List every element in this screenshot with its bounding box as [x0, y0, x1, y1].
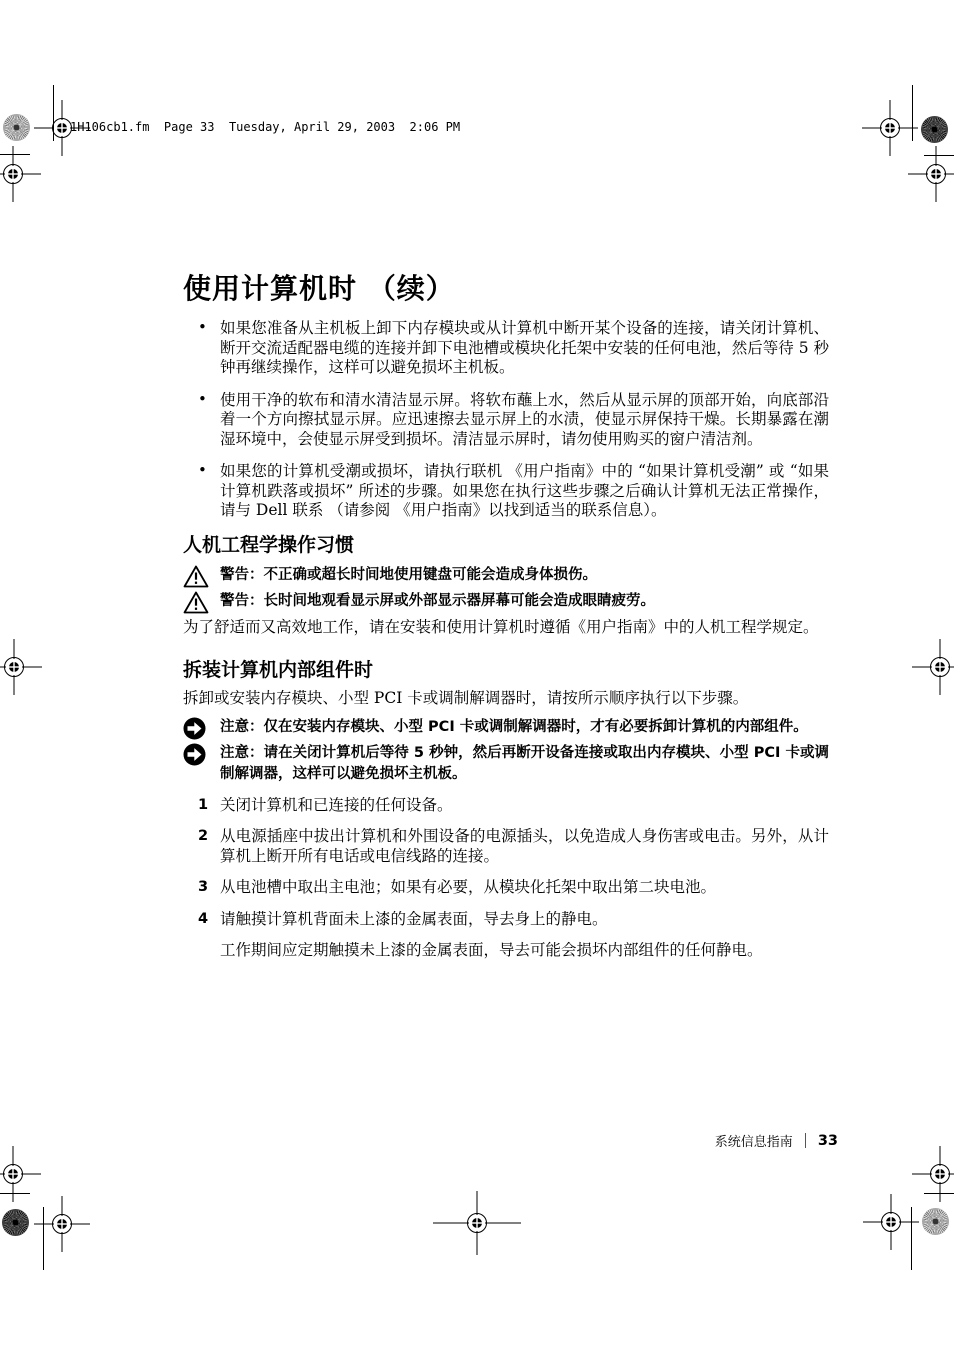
step-row: 2 从电源插座中拔出计算机和外围设备的电源插头，以免造成人身伤害或电击。另外，从… [183, 827, 829, 866]
pinwheel-target-icon [2, 1209, 29, 1236]
warning-text: 不正确或超长时间地使用键盘可能会造成身体损伤。 [264, 567, 598, 583]
bullet-text: 使用干净的软布和清水清洁显示屏。将软布蘸上水，然后从显示屏的顶部开始，向底部沿着… [220, 391, 829, 448]
registration-crosshair-icon [912, 639, 954, 695]
document-page: 1H106cb1.fm Page 33 Tuesday, April 29, 2… [0, 0, 954, 1351]
step-row: 4 请触摸计算机背面未上漆的金属表面，导去身上的静电。 [183, 910, 829, 930]
notice-text: 请在关闭计算机后等待 5 秒钟，然后再断开设备连接或取出内存模块、小型 PCI … [220, 745, 829, 782]
footer-doc-title: 系统信息指南 [715, 1131, 793, 1150]
warning-triangle-icon [183, 591, 209, 621]
notice-row: 注意：请在关闭计算机后等待 5 秒钟，然后再断开设备连接或取出内存模块、小型 P… [183, 743, 829, 785]
bullet-item: • 如果您的计算机受潮或损坏，请执行联机 《用户指南》中的 “如果计算机受潮” … [183, 462, 829, 521]
notice-row: 注意：仅在安装内存模块、小型 PCI 卡或调制解调器时，才有必要拆卸计算机的内部… [183, 717, 829, 738]
page-footer: 系统信息指南 33 [715, 1131, 838, 1150]
pinwheel-target-icon [922, 1208, 949, 1235]
file-header-line: 1H106cb1.fm Page 33 Tuesday, April 29, 2… [70, 120, 460, 134]
step-text: 关闭计算机和已连接的任何设备。 [220, 796, 453, 814]
warning-label: 警告： [220, 567, 264, 583]
section-heading-ergonomics: 人机工程学操作习惯 [183, 534, 829, 556]
bullet-item: • 如果您准备从主机板上卸下内存模块或从计算机中断开某个设备的连接，请关闭计算机… [183, 319, 829, 378]
registration-crosshair-icon [908, 146, 954, 202]
bullet-marker: • [198, 461, 207, 481]
registration-crosshair-icon [0, 639, 42, 695]
registration-crosshair-icon [0, 146, 41, 202]
step-number: 3 [198, 878, 208, 898]
warning-row: 警告：不正确或超长时间地使用键盘可能会造成身体损伤。 [183, 565, 829, 586]
registration-crosshair-icon [433, 1191, 521, 1255]
registration-crosshair-icon [34, 1196, 90, 1252]
bullet-text: 如果您准备从主机板上卸下内存模块或从计算机中断开某个设备的连接，请关闭计算机、断… [220, 319, 829, 376]
notice-arrow-circle-icon [183, 743, 206, 773]
bullet-list: • 如果您准备从主机板上卸下内存模块或从计算机中断开某个设备的连接，请关闭计算机… [183, 319, 829, 521]
notice-label: 注意： [220, 719, 264, 735]
footer-page-number: 33 [818, 1133, 838, 1149]
step-row: 1 关闭计算机和已连接的任何设备。 [183, 796, 829, 816]
warning-label: 警告： [220, 593, 264, 609]
page-title: 使用计算机时 （续） [183, 271, 829, 307]
pinwheel-target-icon [3, 114, 30, 141]
notice-group: 注意：仅在安装内存模块、小型 PCI 卡或调制解调器时，才有必要拆卸计算机的内部… [183, 717, 829, 785]
registration-crosshair-icon [0, 1146, 41, 1202]
step-number: 4 [198, 910, 208, 930]
step-list: 1 关闭计算机和已连接的任何设备。 2 从电源插座中拔出计算机和外围设备的电源插… [183, 796, 829, 961]
warning-text: 长时间地观看显示屏或外部显示器屏幕可能会造成眼睛疲劳。 [264, 593, 656, 609]
step-number: 2 [198, 827, 208, 847]
section-heading-internal-components: 拆装计算机内部组件时 [183, 659, 829, 681]
notice-label: 注意： [220, 745, 264, 761]
step-number: 1 [198, 796, 208, 816]
footer-divider [805, 1133, 806, 1148]
step-row: 3 从电池槽中取出主电池；如果有必要，从模块化托架中取出第二块电池。 [183, 878, 829, 898]
ergonomics-paragraph: 为了舒适而又高效地工作，请在安装和使用计算机时遵循《用户指南》中的人机工程学规定… [183, 618, 829, 638]
notice-text: 仅在安装内存模块、小型 PCI 卡或调制解调器时，才有必要拆卸计算机的内部组件。 [264, 719, 808, 735]
bullet-item: • 使用干净的软布和清水清洁显示屏。将软布蘸上水，然后从显示屏的顶部开始，向底部… [183, 391, 829, 450]
warning-row: 警告：长时间地观看显示屏或外部显示器屏幕可能会造成眼睛疲劳。 [183, 591, 829, 612]
step-text: 请触摸计算机背面未上漆的金属表面，导去身上的静电。 [220, 910, 608, 928]
content-column: 使用计算机时 （续） • 如果您准备从主机板上卸下内存模块或从计算机中断开某个设… [183, 271, 829, 961]
bullet-text: 如果您的计算机受潮或损坏，请执行联机 《用户指南》中的 “如果计算机受潮” 或 … [220, 462, 829, 519]
registration-crosshair-icon [863, 1194, 919, 1250]
bullet-marker: • [198, 318, 207, 338]
step-note: 工作期间应定期触摸未上漆的金属表面，导去可能会损坏内部组件的任何静电。 [183, 941, 829, 961]
internal-intro-paragraph: 拆卸或安装内存模块、小型 PCI 卡或调制解调器时，请按所示顺序执行以下步骤。 [183, 689, 829, 709]
bullet-marker: • [198, 390, 207, 410]
step-text: 从电源插座中拔出计算机和外围设备的电源插头，以免造成人身伤害或电击。另外，从计算… [220, 827, 829, 865]
pinwheel-target-icon [921, 116, 948, 143]
step-text: 从电池槽中取出主电池；如果有必要，从模块化托架中取出第二块电池。 [220, 878, 716, 896]
